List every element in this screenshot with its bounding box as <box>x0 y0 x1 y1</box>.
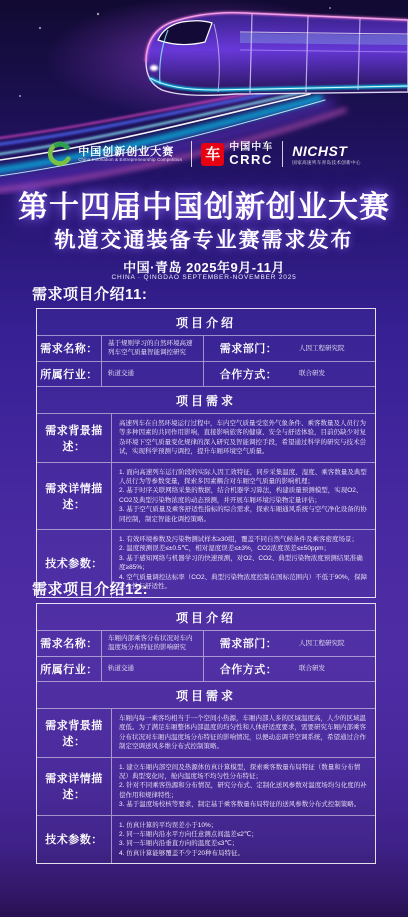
field-label-tech-params: 技术参数： <box>37 816 111 864</box>
table-row: 所属行业： 轨道交通 合作方式： 联合研发 <box>37 656 375 681</box>
crrc-logo: 车 中国中车 CRRC <box>201 142 273 166</box>
train-body <box>146 13 408 96</box>
requirement-section-11: 需求项目介绍11: 项目介绍 需求名称： 基于规则学习的自然环境高速列车空气质量… <box>30 283 376 598</box>
logo-divider <box>282 141 283 167</box>
field-label-department: 需求部门： <box>203 336 293 361</box>
field-label-background: 需求背景描述： <box>37 709 111 757</box>
field-value-details: 1. 建立车厢内部空间及热源体仿真计算模型，探索乘客数量布局特征（数量和分布情况… <box>111 758 375 815</box>
field-label-department: 需求部门： <box>203 631 293 656</box>
field-label-cooperation: 合作方式： <box>203 362 293 386</box>
field-value-department: 人因工程研究院 <box>293 631 375 656</box>
table-header-project-demand: 项目需求 <box>37 386 375 413</box>
logos-row: 中国创新创业大赛 China Innovation & Entrepreneur… <box>0 141 408 167</box>
field-label-details: 需求详情描述： <box>37 758 111 815</box>
field-value-industry: 轨道交通 <box>101 657 203 681</box>
table-row: 需求详情描述： 1. 建立车厢内部空间及热源体仿真计算模型，探索乘客数量布局特征… <box>37 757 375 815</box>
table-row: 需求名称： 基于规则学习的自然环境高速列车空气质量智能调控研究 需求部门： 人因… <box>37 335 375 361</box>
requirement-table: 项目介绍 需求名称： 车厢内部乘客分布状况对车内温度场分布特征的影响研究 需求部… <box>36 603 376 864</box>
cic-logo: 中国创新创业大赛 China Innovation & Entrepreneur… <box>47 141 182 167</box>
nichst-logo-subtitle: 国家高速列车青岛技术创新中心 <box>292 160 361 165</box>
field-value-industry: 轨道交通 <box>101 362 203 386</box>
main-title: 第十四届中国创新创业大赛 <box>0 182 408 226</box>
section-label: 需求项目介绍12: <box>32 578 376 599</box>
field-value-department: 人因工程研究院 <box>293 336 375 361</box>
cic-logo-name: 中国创新创业大赛 <box>78 146 182 158</box>
cic-green-c-icon <box>47 141 73 167</box>
field-label-details: 需求详情描述： <box>37 463 111 530</box>
requirement-section-12: 需求项目介绍12: 项目介绍 需求名称： 车厢内部乘客分布状况对车内温度场分布特… <box>30 578 376 864</box>
field-value-details: 1. 面向高速列车运行阶段的实际人因工效特征，同步采集温度、湿度、乘客数量及典型… <box>111 463 375 530</box>
crrc-glyph: 车 <box>205 147 220 162</box>
poster-page: 中国创新创业大赛 China Innovation & Entrepreneur… <box>0 0 408 917</box>
table-header-project-intro: 项目介绍 <box>37 309 375 335</box>
crrc-logo-name-en: CRRC <box>229 153 273 166</box>
field-label-cooperation: 合作方式： <box>203 657 293 681</box>
table-header-project-intro: 项目介绍 <box>37 604 375 630</box>
table-row: 需求背景描述： 高速列车在自然环境运行过程中，车内空气质量受室外气象条件、乘客数… <box>37 413 375 462</box>
table-row: 技术参数： 1. 仿真计算的平均误差小于10%； 2. 同一车厢内沿水平方向任意… <box>37 815 375 864</box>
field-label-name: 需求名称： <box>37 631 101 656</box>
nichst-logo: NICHST 国家高速列车青岛技术创新中心 <box>292 143 361 164</box>
subtitle: 轨道交通装备专业赛需求发布 <box>0 224 408 254</box>
field-label-name: 需求名称： <box>37 336 101 361</box>
field-label-industry: 所属行业： <box>37 362 101 386</box>
field-value-cooperation: 联合研发 <box>293 657 375 681</box>
field-value-name: 基于规则学习的自然环境高速列车空气质量智能调控研究 <box>101 336 203 361</box>
crrc-red-emblem-icon: 车 <box>201 143 224 166</box>
logo-divider <box>191 141 192 167</box>
table-row: 需求背景描述： 车厢内每一乘客均相当于一个空间小热源，车厢内部人多的区域温度高，… <box>37 708 375 757</box>
field-label-industry: 所属行业： <box>37 657 101 681</box>
cic-logo-subtitle: China Innovation & Entrepreneurship Comp… <box>78 158 182 163</box>
field-value-cooperation: 联合研发 <box>293 362 375 386</box>
field-value-tech-params: 1. 仿真计算的平均误差小于10%； 2. 同一车厢内沿水平方向任意测点间温差≤… <box>111 816 375 864</box>
field-value-background: 高速列车在自然环境运行过程中，车内空气质量受室外气象条件、乘客数量及人员行为等多… <box>111 414 375 462</box>
nichst-logo-name: NICHST <box>292 143 361 159</box>
table-header-project-demand: 项目需求 <box>37 681 375 708</box>
section-label: 需求项目介绍11: <box>32 283 376 304</box>
table-row: 需求名称： 车厢内部乘客分布状况对车内温度场分布特征的影响研究 需求部门： 人因… <box>37 630 375 656</box>
field-value-background: 车厢内每一乘客均相当于一个空间小热源，车厢内部人多的区域温度高，人少的区域温度低… <box>111 709 375 757</box>
location-date-en: CHINA · QINGDAO SEPTEMBER-NOVEMBER 2025 <box>0 274 408 281</box>
table-row: 需求详情描述： 1. 面向高速列车运行阶段的实际人因工效特征，同步采集温度、湿度… <box>37 462 375 530</box>
requirement-table: 项目介绍 需求名称： 基于规则学习的自然环境高速列车空气质量智能调控研究 需求部… <box>36 308 376 598</box>
field-label-background: 需求背景描述： <box>37 414 111 462</box>
table-row: 所属行业： 轨道交通 合作方式： 联合研发 <box>37 361 375 386</box>
field-value-name: 车厢内部乘客分布状况对车内温度场分布特征的影响研究 <box>101 631 203 656</box>
